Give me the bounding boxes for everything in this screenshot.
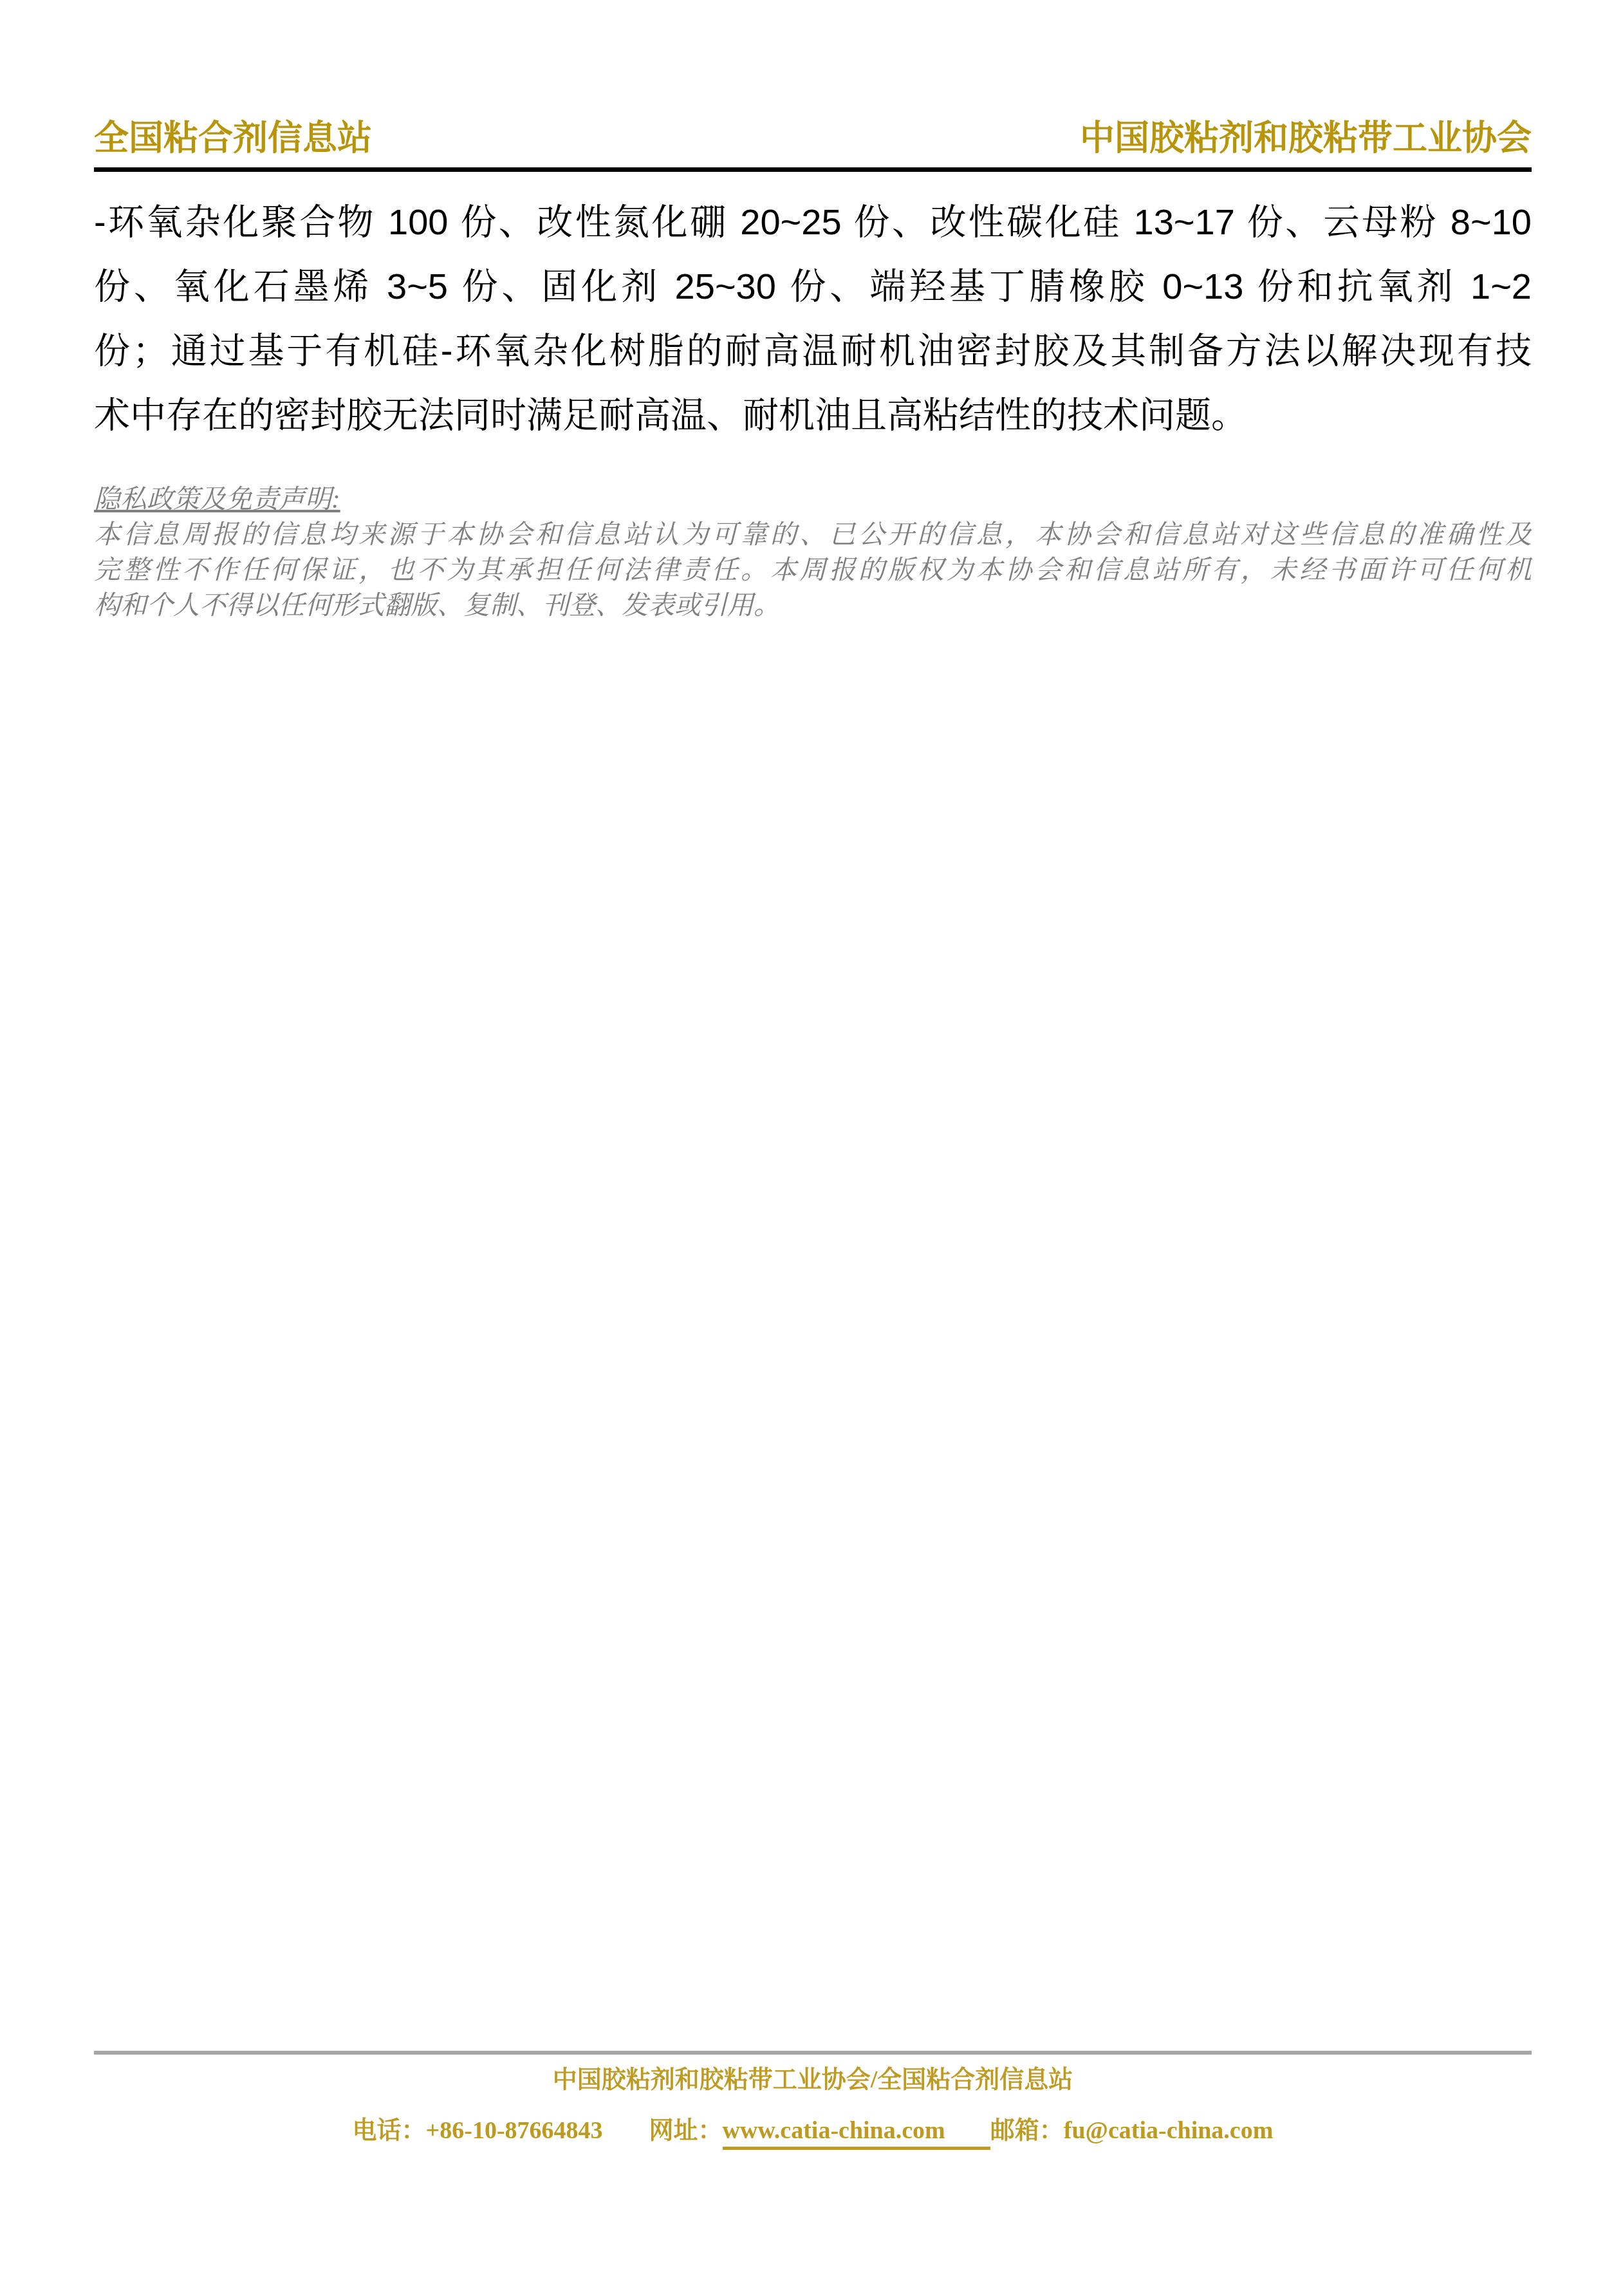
email-label: 邮箱： — [990, 2117, 1064, 2144]
disclaimer-line-1: 本信息周报的信息均来源于本协会和信息站认为可靠的、已公开的信息，本协会和信息站对… — [94, 517, 1532, 552]
phone-number: +86-10-87664843 — [426, 2117, 603, 2144]
disclaimer-line-3: 构和个人不得以任何形式翻版、复制、刊登、发表或引用。 — [94, 588, 1532, 623]
page-header: 全国粘合剂信息站 中国胶粘剂和胶粘带工业协会 — [94, 0, 1532, 161]
disclaimer-section: 隐私政策及免责声明: 本信息周报的信息均来源于本协会和信息站认为可靠的、已公开的… — [94, 481, 1532, 623]
header-divider — [94, 167, 1532, 172]
header-right-title: 中国胶粘剂和胶粘带工业协会 — [1080, 117, 1532, 161]
body-paragraph: -环氧杂化聚合物 100 份、改性氮化硼 20~25 份、改性碳化硅 13~17… — [94, 190, 1532, 447]
disclaimer-title: 隐私政策及免责声明: — [94, 481, 340, 517]
disclaimer-line-2: 完整性不作任何保证，也不为其承担任何法律责任。本周报的版权为本协会和信息站所有，… — [94, 552, 1532, 588]
body-line-2: 份、氧化石墨烯 3~5 份、固化剂 25~30 份、端羟基丁腈橡胶 0~13 份… — [94, 254, 1532, 319]
document-page: 全国粘合剂信息站 中国胶粘剂和胶粘带工业协会 -环氧杂化聚合物 100 份、改性… — [0, 0, 1623, 2296]
phone-label: 电话： — [353, 2117, 426, 2144]
body-line-4: 术中存在的密封胶无法同时满足耐高温、耐机油且高粘结性的技术问题。 — [94, 383, 1532, 447]
footer-contact-line: 电话：+86-10-87664843网址：www.catia-china.com… — [94, 2115, 1532, 2146]
footer-divider — [94, 2051, 1532, 2055]
page-footer: 中国胶粘剂和胶粘带工业协会/全国粘合剂信息站 电话：+86-10-8766484… — [94, 2051, 1532, 2146]
website-link[interactable]: www.catia-china.com — [723, 2117, 990, 2150]
content-column: 全国粘合剂信息站 中国胶粘剂和胶粘带工业协会 -环氧杂化聚合物 100 份、改性… — [94, 0, 1532, 623]
email-address: fu@catia-china.com — [1064, 2117, 1274, 2144]
website-label: 网址： — [649, 2117, 723, 2144]
footer-organization: 中国胶粘剂和胶粘带工业协会/全国粘合剂信息站 — [94, 2065, 1532, 2095]
header-left-title: 全国粘合剂信息站 — [94, 117, 372, 161]
body-line-3: 份；通过基于有机硅-环氧杂化树脂的耐高温耐机油密封胶及其制备方法以解决现有技 — [94, 319, 1532, 383]
body-line-1: -环氧杂化聚合物 100 份、改性氮化硼 20~25 份、改性碳化硅 13~17… — [94, 190, 1532, 254]
